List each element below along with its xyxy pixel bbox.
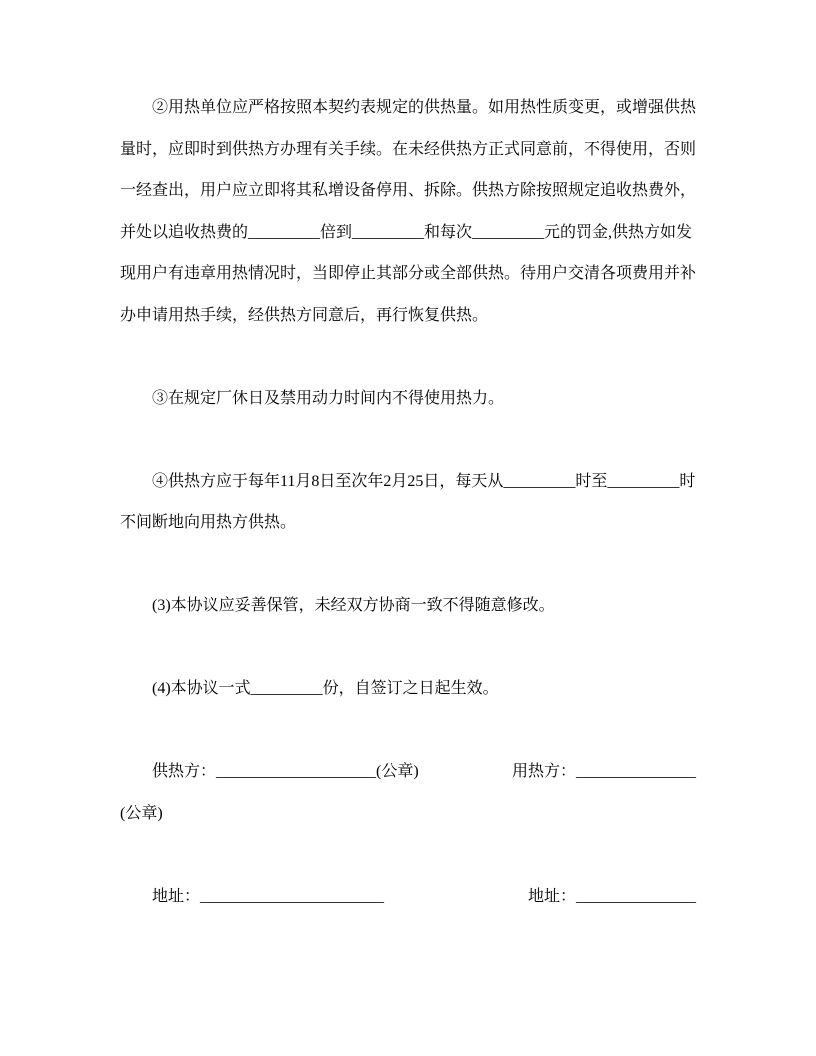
supplier-label: 供热方： [152,763,216,780]
item-3-text: (3)本协议应妥善保管，未经双方协商一致不得随意修改。 [120,585,696,627]
paragraph-item-3: (3)本协议应妥善保管，未经双方协商一致不得随意修改。 [120,585,696,627]
paragraph-item-4: (4)本协议一式_________份，自签订之日起生效。 [120,668,696,710]
text-line: 不间断地向用热方供热。 [120,502,696,544]
address-block: 地址：_______________________ 地址：__________… [120,876,696,918]
text-line: 现用户有违章用热情况时，当即停止其部分或全部供热。待用户交清各项费用并补 [120,253,696,295]
user-address-label: 地址： [528,888,576,905]
signature-row: 供热方：____________________(公章) 用热方：_______… [120,751,696,793]
signature-block: 供热方：____________________(公章) 用热方：_______… [120,751,696,834]
text-line: 办申请用热手续，经供热方同意后，再行恢复供热。 [120,295,696,337]
user-address-blank: _______________ [576,888,696,905]
user-signature: 用热方：_______________ [480,751,696,793]
item-4-text: (4)本协议一式_________份，自签订之日起生效。 [120,668,696,710]
text-line: 量时，应即时到供热方办理有关手续。在未经供热方正式同意前，不得使用，否则 [120,129,696,171]
user-label: 用热方： [512,763,576,780]
supplier-signature: 供热方：____________________(公章) [152,763,419,780]
text-line: ②用热单位应严格按照本契约表规定的供热量。如用热性质变更，或增强供热 [120,87,696,129]
user-signature-blank: _______________ [576,763,696,780]
document-page: ②用热单位应严格按照本契约表规定的供热量。如用热性质变更，或增强供热量时，应即时… [0,0,816,1056]
clause-3-text: ③在规定厂休日及禁用动力时间内不得使用热力。 [120,378,696,420]
paragraph-clause-2: ②用热单位应严格按照本契约表规定的供热量。如用热性质变更，或增强供热量时，应即时… [120,87,696,336]
text-line: ④供热方应于每年11月8日至次年2月25日，每天从_________时至____… [120,461,696,503]
supplier-signature-blank: ____________________ [216,763,376,780]
text-line: 并处以追收热费的_________倍到_________和每次_________… [120,212,696,254]
supplier-address-blank: _______________________ [200,888,384,905]
supplier-seal-label: (公章) [376,763,419,780]
document-content: ②用热单位应严格按照本契约表规定的供热量。如用热性质变更，或增强供热量时，应即时… [0,0,816,917]
paragraph-clause-4: ④供热方应于每年11月8日至次年2月25日，每天从_________时至____… [120,461,696,544]
user-address: 地址：_______________ [496,876,696,918]
user-seal-label: (公章) [120,793,696,835]
supplier-address-label: 地址： [152,888,200,905]
supplier-address: 地址：_______________________ [152,888,384,905]
address-row: 地址：_______________________ 地址：__________… [120,876,696,918]
paragraph-clause-3: ③在规定厂休日及禁用动力时间内不得使用热力。 [120,378,696,420]
text-line: 一经查出，用户应立即将其私增设备停用、拆除。供热方除按照规定追收热费外， [120,170,696,212]
